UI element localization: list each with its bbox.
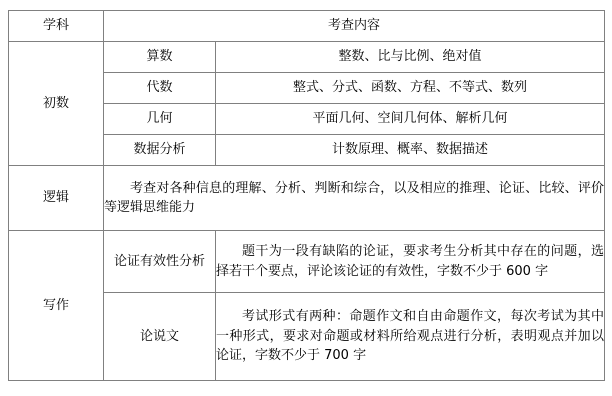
content-cell-argumentative-essay: 考试形式有两种：命题作文和自由命题作文，每次考试为其中一种形式，要求对命题或材料… <box>216 293 605 381</box>
topic-cell-algebra: 代数 <box>104 73 216 104</box>
row-logic: 逻辑 考查对各种信息的理解、分析、判断和综合，以及相应的推理、论证、比较、评价等… <box>9 166 605 231</box>
content-cell-data-analysis: 计数原理、概率、数据描述 <box>216 135 605 166</box>
header-content-cell: 考查内容 <box>104 11 605 42</box>
header-row: 学科 考查内容 <box>9 11 605 42</box>
header-subject-cell: 学科 <box>9 11 104 42</box>
content-cell-argument-validity: 题干为一段有缺陷的论证，要求考生分析其中存在的问题，选择若干个要点，评论该论证的… <box>216 231 605 293</box>
subject-cell-writing: 写作 <box>9 231 104 381</box>
exam-syllabus-table: 学科 考查内容 初数 算数 整数、比与比例、绝对值 代数 整式、分式、函数、方程… <box>8 10 605 381</box>
topic-cell-geometry: 几何 <box>104 104 216 135</box>
topic-cell-argument-validity: 论证有效性分析 <box>104 231 216 293</box>
topic-cell-argumentative-essay: 论说文 <box>104 293 216 381</box>
row-argument-validity: 写作 论证有效性分析 题干为一段有缺陷的论证，要求考生分析其中存在的问题，选择若… <box>9 231 605 293</box>
page: 学科 考查内容 初数 算数 整数、比与比例、绝对值 代数 整式、分式、函数、方程… <box>0 0 612 396</box>
content-cell-logic: 考查对各种信息的理解、分析、判断和综合，以及相应的推理、论证、比较、评价等逻辑思… <box>104 166 605 231</box>
subject-cell-elementary-math: 初数 <box>9 42 104 166</box>
content-cell-arithmetic: 整数、比与比例、绝对值 <box>216 42 605 73</box>
topic-cell-arithmetic: 算数 <box>104 42 216 73</box>
topic-cell-data-analysis: 数据分析 <box>104 135 216 166</box>
row-arithmetic: 初数 算数 整数、比与比例、绝对值 <box>9 42 605 73</box>
content-cell-geometry: 平面几何、空间几何体、解析几何 <box>216 104 605 135</box>
subject-cell-logic: 逻辑 <box>9 166 104 231</box>
content-cell-algebra: 整式、分式、函数、方程、不等式、数列 <box>216 73 605 104</box>
